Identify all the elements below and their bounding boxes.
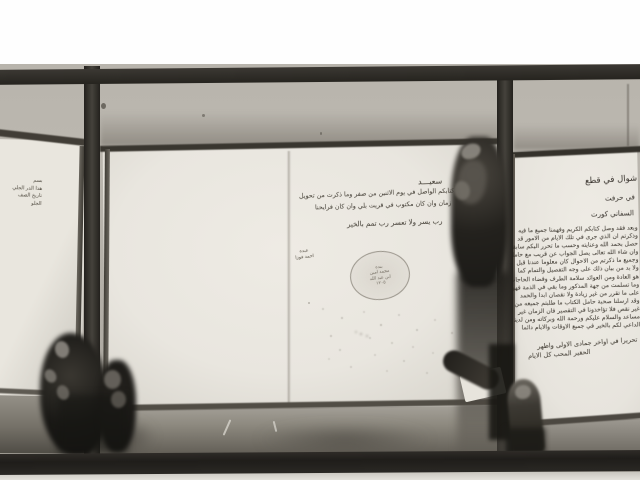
seal-note: عبده احمد فوزا xyxy=(294,248,314,261)
hand-shadow xyxy=(255,424,435,454)
dust-speck xyxy=(101,103,106,109)
right-page-header-2: في حرفت xyxy=(605,193,635,203)
right-page-body: وبعد فقد وصل كتابكم الكريم وفهمنا جميع م… xyxy=(512,224,640,337)
seal-text-line: ١٢٠٥ xyxy=(376,280,386,286)
hand-right-fingers xyxy=(451,137,507,287)
left-page-fragment-text: بسم هذا الدر الجلي تاريخ الصف الجلو xyxy=(0,176,43,208)
dust-speck xyxy=(320,132,322,135)
knuckle-highlight xyxy=(104,370,121,389)
fragment-line: الجلو xyxy=(0,198,42,208)
right-page-header-3: السفاني كورت xyxy=(591,209,634,218)
film-leader-top xyxy=(0,0,640,68)
page-fold xyxy=(287,151,291,407)
ink-bleedthrough xyxy=(308,302,310,304)
dust-speck xyxy=(202,114,205,117)
microfilm-photo: بسم هذا الدر الجلي تاريخ الصف الجلو سعيـ… xyxy=(0,0,640,480)
film-bottom-band xyxy=(0,450,640,475)
center-page-heading: سعيـــد xyxy=(418,177,443,187)
page-stack-edge-line xyxy=(627,84,629,146)
knuckle-highlight xyxy=(111,391,126,408)
